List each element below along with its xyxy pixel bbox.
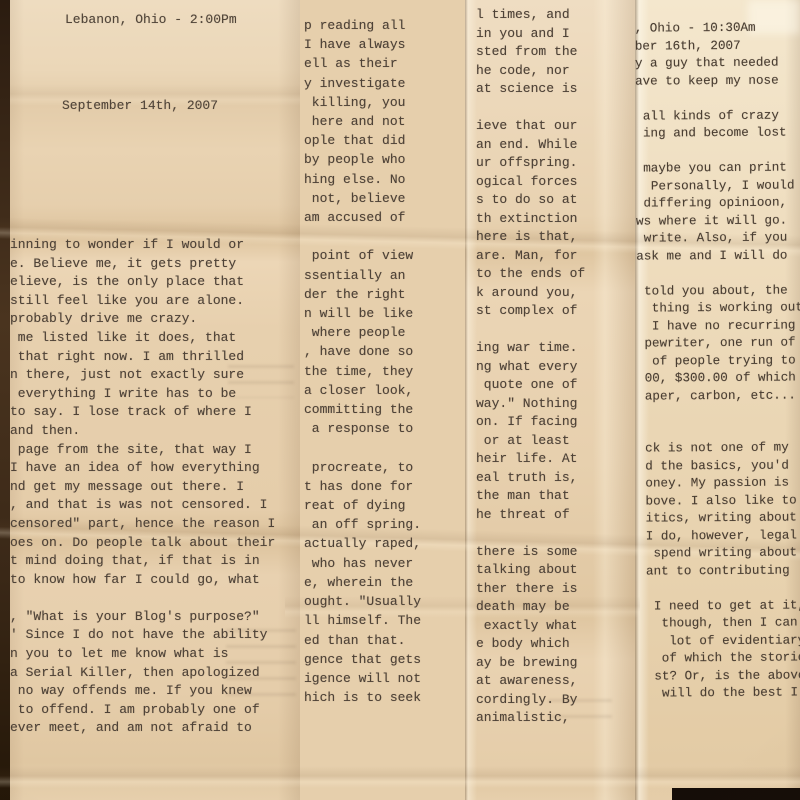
letter-photo: Lebanon, Ohio - 2:00Pm September 14th, 2…: [0, 0, 800, 800]
letter-body-column-1: inning to wonder if I would or e. Believ…: [10, 236, 275, 738]
fold-crease: [0, 766, 800, 788]
letter-body-column-3: l times, and in you and I sted from the …: [476, 6, 585, 728]
letter-body-column-4: , Ohio - 10:30Am ber 16th, 2007 y a guy …: [635, 19, 800, 703]
letter-body-column-2: p reading all I have always ell as their…: [304, 16, 421, 707]
letter-header-date: September 14th, 2007: [62, 98, 218, 113]
table-edge: [0, 0, 10, 800]
letter-header-location: Lebanon, Ohio - 2:00Pm: [65, 12, 237, 27]
background-corner: [672, 788, 800, 800]
